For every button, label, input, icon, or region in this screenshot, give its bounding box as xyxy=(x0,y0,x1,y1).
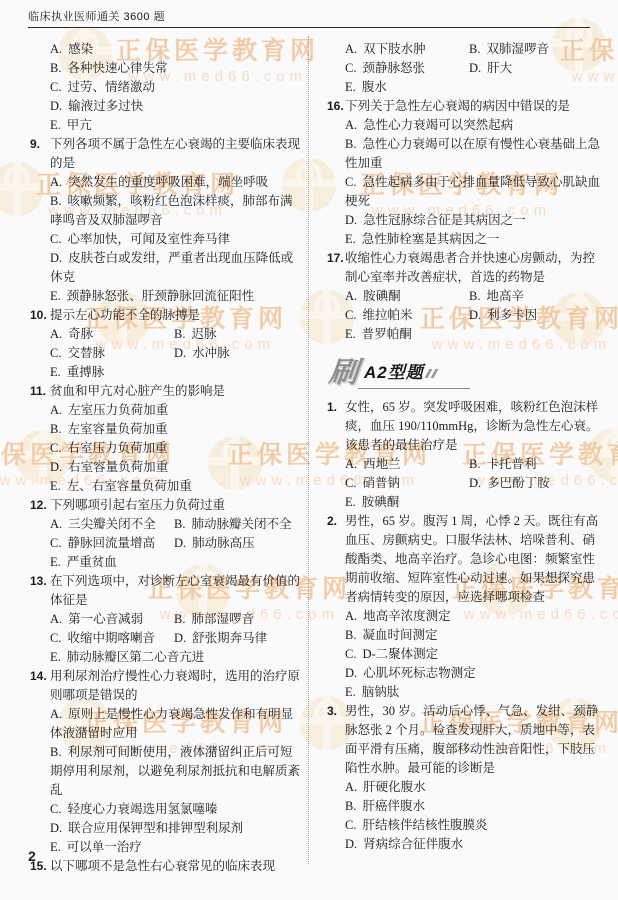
option-letter: E. xyxy=(50,840,61,854)
option-letter: B. xyxy=(50,422,61,436)
option-letter: D. xyxy=(469,308,481,322)
option-row: A.肝硬化腹水 xyxy=(327,778,601,797)
option-letter: A. xyxy=(50,327,62,341)
answer-option: C.右室压力负荷加重 xyxy=(50,439,300,458)
option-row: A.原则上是慢性心力衰竭急性发作和有明显体液潴留时应用 xyxy=(30,705,300,743)
header-rule xyxy=(28,27,590,28)
answer-option: E.颈静脉怒张、肝颈静脉回流征阳性 xyxy=(50,287,300,306)
answer-option: D.舒张期奔马律 xyxy=(174,629,300,648)
option-letter: C. xyxy=(345,476,356,490)
option-letter: E. xyxy=(345,80,356,94)
option-text: 咳嗽频繁，咳粉红色泡沫样痰，肺部布满哮鸣音及双肺湿啰音 xyxy=(50,194,292,227)
option-letter: C. xyxy=(50,232,61,246)
answer-option: C.收缩中期喀喇音 xyxy=(50,629,174,648)
option-row: B.利尿剂可间断使用，液体潴留纠正后可短期停用利尿剂，以避免利尿剂抵抗和电解质紊… xyxy=(30,743,300,800)
answer-option: D.肝大 xyxy=(469,59,601,78)
option-text: 普罗帕酮 xyxy=(362,327,412,341)
option-row: D.肾病综合征伴腹水 xyxy=(327,835,601,854)
answer-option: B.利尿剂可间断使用，液体潴留纠正后可短期停用利尿剂，以避免利尿剂抵抗和电解质紊… xyxy=(50,743,300,800)
option-text: 肝大 xyxy=(487,61,512,75)
option-row: B.左室容量负荷加重 xyxy=(30,420,300,439)
answer-option: D.右室容量负荷加重 xyxy=(50,458,300,477)
option-text: 胺碘酮 xyxy=(362,495,400,509)
question-number: 9. xyxy=(30,135,40,154)
question-text: 收缩性心力衰竭患者合并快速心房颤动，为控制心室率并改善症状，首选的药物是 xyxy=(345,249,601,287)
option-row: E.甲亢 xyxy=(30,116,300,135)
answer-option: D.急性冠脉综合征是其病因之一 xyxy=(345,211,601,230)
answer-option: A.突然发生的重度呼吸困难，端坐呼吸 xyxy=(50,173,300,192)
option-letter: A. xyxy=(345,118,357,132)
answer-option: A.奇脉 xyxy=(50,325,174,344)
option-letter: E. xyxy=(50,479,61,493)
option-text: 左室容量负荷加重 xyxy=(67,422,167,436)
option-text: 收缩中期喀喇音 xyxy=(67,631,155,645)
option-letter: A. xyxy=(50,42,62,56)
question-text: 男性，30 岁。活动后心悸、气急、发绀、颈静脉怒张 2 个月。检查发现肝大，质地… xyxy=(345,702,601,778)
option-letter: B. xyxy=(50,194,61,208)
logo-cross-vertical xyxy=(305,158,313,212)
question-text: 提示左心功能不全的脉搏是 xyxy=(50,306,300,325)
option-letter: A. xyxy=(345,780,357,794)
option-text: 右室容量负荷加重 xyxy=(68,460,168,474)
option-row: C.轻度心力衰竭选用氢氯噻嗪 xyxy=(30,800,300,819)
option-letter: E. xyxy=(345,232,356,246)
question-text: 以下哪项不是急性右心衰常见的临床表现 xyxy=(50,857,300,876)
option-letter: B. xyxy=(174,327,185,341)
question-number: 1. xyxy=(327,398,337,417)
question-row: 1.女性，65 岁。突发呼吸困难，咳粉红色泡沫样痰，血压 190/110mmHg… xyxy=(327,398,601,455)
option-row: B.急性心力衰竭可以在原有慢性心衰基础上急性加重 xyxy=(327,135,601,173)
option-letter: B. xyxy=(469,457,480,471)
option-text: 急性起病多由于心排血量降低导致心肌缺血梗死 xyxy=(345,175,600,208)
answer-option: B.左室容量负荷加重 xyxy=(50,420,300,439)
brush-glyph: 刷 xyxy=(327,357,359,389)
option-letter: D. xyxy=(345,213,357,227)
option-row: E.左、右室容量负荷加重 xyxy=(30,477,300,496)
answer-option: B.地高辛 xyxy=(469,287,601,306)
option-row: E.脑钠肽 xyxy=(327,683,601,702)
answer-option: D.联合应用保钾型和排钾型利尿剂 xyxy=(50,819,300,838)
answer-option: E.可以单一治疗 xyxy=(50,838,300,857)
answer-option: E.脑钠肽 xyxy=(345,683,601,702)
option-row: B.咳嗽频繁，咳粉红色泡沫样痰，肺部布满哮鸣音及双肺湿啰音 xyxy=(30,192,300,230)
option-text: 联合应用保钾型和排钾型利尿剂 xyxy=(68,821,243,835)
option-text: 可以单一治疗 xyxy=(67,840,142,854)
logo-cross-vertical xyxy=(13,162,21,216)
answer-option: C.交替脉 xyxy=(50,344,174,363)
option-letter: E. xyxy=(345,327,356,341)
option-text: 重搏脉 xyxy=(67,365,105,379)
answer-option: C.硝普钠 xyxy=(345,474,469,493)
answer-option: E.严重贫血 xyxy=(50,553,300,572)
option-letter: A. xyxy=(50,175,62,189)
option-letter: C. xyxy=(345,647,356,661)
option-row: B.各种快速心律失常 xyxy=(30,59,300,78)
option-letter: D. xyxy=(469,476,481,490)
question-row: 3.男性，30 岁。活动后心悸、气急、发绀、颈静脉怒张 2 个月。检查发现肝大，… xyxy=(327,702,601,778)
answer-option: A.西地兰 xyxy=(345,455,469,474)
option-letter: C. xyxy=(50,80,61,94)
question-row: 10.提示左心功能不全的脉搏是 xyxy=(30,306,300,325)
option-text: 输液过多过快 xyxy=(68,99,143,113)
answer-option: B.各种快速心律失常 xyxy=(50,59,300,78)
answer-option: C.肝结核伴结核性腹膜炎 xyxy=(345,816,601,835)
option-row: C.过劳、情绪激动 xyxy=(30,78,300,97)
option-text: 双肺湿啰音 xyxy=(486,42,549,56)
answer-option: B.肺动脉瓣关闭不全 xyxy=(174,515,300,534)
answer-option: D.水冲脉 xyxy=(174,344,300,363)
option-text: 心肌坏死标志物测定 xyxy=(363,666,476,680)
answer-option: E.肺动脉瓣区第二心音亢进 xyxy=(50,648,300,667)
left-column: A.感染B.各种快速心律失常C.过劳、情绪激动D.输液过多过快E.甲亢9.下列各… xyxy=(30,40,300,876)
question-row: 2.男性，65 岁。腹泻 1 周，心悸 2 天。既往有高血压、房颤病史。口服华法… xyxy=(327,512,601,607)
question-text: 下列关于急性左心衰竭的病因中错误的是 xyxy=(345,97,601,116)
option-text: 交替脉 xyxy=(67,346,105,360)
option-letter: B. xyxy=(174,517,185,531)
answer-option: A.左室压力负荷加重 xyxy=(50,401,300,420)
answer-option: E.腹水 xyxy=(345,78,601,97)
option-row: C.硝普钠D.多巴酚丁胺 xyxy=(327,474,601,493)
option-row: E.急性肺栓塞是其病因之一 xyxy=(327,230,601,249)
question-number: 16. xyxy=(327,97,344,116)
answer-option: A.三尖瓣关闭不全 xyxy=(50,515,174,534)
option-row: C.急性起病多由于心排血量降低导致心肌缺血梗死 xyxy=(327,173,601,211)
option-letter: B. xyxy=(345,137,356,151)
option-text: 肝结核伴结核性腹膜炎 xyxy=(362,818,487,832)
option-text: 严重贫血 xyxy=(67,555,117,569)
page-header-title: 临床执业医师通关 3600 题 xyxy=(28,8,165,24)
option-text: 静脉回流量增高 xyxy=(67,536,155,550)
question-row: 12.下列哪项引起右室压力负荷过重 xyxy=(30,496,300,515)
option-letter: C. xyxy=(345,175,356,189)
option-row: A.急性心力衰竭可以突然起病 xyxy=(327,116,601,135)
option-row: A.感染 xyxy=(30,40,300,59)
logo-ring xyxy=(602,432,618,458)
option-row: C.右室压力负荷加重 xyxy=(30,439,300,458)
question-text: 贫血和甲亢对心脏产生的影响是 xyxy=(50,382,300,401)
option-letter: A. xyxy=(345,457,357,471)
option-text: 双下肢水肿 xyxy=(363,42,426,56)
option-text: 水冲脉 xyxy=(192,346,230,360)
option-text: 各种快速心律失常 xyxy=(67,61,167,75)
option-letter: B. xyxy=(345,628,356,642)
option-letter: C. xyxy=(50,631,61,645)
right-column: A.双下肢水肿B.双肺湿啰音C.颈静脉怒张D.肝大E.腹水16.下列关于急性左心… xyxy=(327,40,601,854)
question-text: 男性，65 岁。腹泻 1 周，心悸 2 天。既往有高血压、房颤病史。口服华法林、… xyxy=(345,512,601,607)
option-text: 多巴酚丁胺 xyxy=(487,476,550,490)
question-text: 下列各项不属于急性左心衰竭的主要临床表现的是 xyxy=(50,135,300,173)
section-header-a2: 刷A2型题 xyxy=(327,357,601,391)
question-row: 9.下列各项不属于急性左心衰竭的主要临床表现的是 xyxy=(30,135,300,173)
option-text: 地高辛浓度测定 xyxy=(363,609,451,623)
answer-option: D.多巴酚丁胺 xyxy=(469,474,601,493)
question-text: 在下列选项中，对诊断左心室衰竭最有价值的体征是 xyxy=(50,572,300,610)
question-row: 17.收缩性心力衰竭患者合并快速心房颤动，为控制心室率并改善症状，首选的药物是 xyxy=(327,249,601,287)
option-text: 奇脉 xyxy=(68,327,93,341)
answer-option: B.凝血时间测定 xyxy=(345,626,601,645)
option-text: 凝血时间测定 xyxy=(362,628,437,642)
option-letter: A. xyxy=(345,289,357,303)
option-row: E.腹水 xyxy=(327,78,601,97)
option-text: 皮肤苍白或发绀，严重者出现血压降低或休克 xyxy=(50,251,293,284)
answer-option: C.心率加快，可闻及室性奔马律 xyxy=(50,230,300,249)
question-number: 14. xyxy=(30,667,47,686)
answer-option: B.双肺湿啰音 xyxy=(469,40,601,59)
option-text: 颈静脉怒张、肝颈静脉回流征阳性 xyxy=(67,289,255,303)
option-text: 三尖瓣关闭不全 xyxy=(68,517,156,531)
question-row: 16.下列关于急性左心衰竭的病因中错误的是 xyxy=(327,97,601,116)
option-row: A.奇脉B.迟脉 xyxy=(30,325,300,344)
option-text: 急性心力衰竭可以在原有慢性心衰基础上急性加重 xyxy=(345,137,600,170)
option-letter: B. xyxy=(50,745,61,759)
answer-option: D.肾病综合征伴腹水 xyxy=(345,835,601,854)
option-text: 原则上是慢性心力衰竭急性发作和有明显体液潴留时应用 xyxy=(50,707,293,740)
answer-option: A.胺碘酮 xyxy=(345,287,469,306)
option-row: E.严重贫血 xyxy=(30,553,300,572)
option-letter: C. xyxy=(50,441,61,455)
option-text: 急性肺栓塞是其病因之一 xyxy=(362,232,500,246)
option-row: D.急性冠脉综合征是其病因之一 xyxy=(327,211,601,230)
answer-option: C.维拉帕米 xyxy=(345,306,469,325)
option-letter: A. xyxy=(50,517,62,531)
exam-page: 正保医学教育网www.med66.com正保医学教育网www.med66.com… xyxy=(0,0,618,900)
option-text: 卡托普利 xyxy=(486,457,536,471)
option-row: A.胺碘酮B.地高辛 xyxy=(327,287,601,306)
answer-option: E.左、右室容量负荷加重 xyxy=(50,477,300,496)
option-row: D.联合应用保钾型和排钾型利尿剂 xyxy=(30,819,300,838)
answer-option: B.肺部湿啰音 xyxy=(174,610,300,629)
option-letter: B. xyxy=(469,42,480,56)
answer-option: A.双下肢水肿 xyxy=(345,40,469,59)
option-row: E.重搏脉 xyxy=(30,363,300,382)
answer-option: A.急性心力衰竭可以突然起病 xyxy=(345,116,601,135)
option-letter: D. xyxy=(174,346,186,360)
option-row: E.可以单一治疗 xyxy=(30,838,300,857)
section-title-underline: A2型题 xyxy=(358,360,470,389)
answer-option: E.普罗帕酮 xyxy=(345,325,601,344)
logo-ring xyxy=(4,166,30,192)
answer-option: A.肝硬化腹水 xyxy=(345,778,601,797)
answer-option: E.胺碘酮 xyxy=(345,493,601,512)
option-letter: D. xyxy=(174,536,186,550)
option-text: 急性冠脉综合征是其病因之一 xyxy=(363,213,526,227)
option-letter: E. xyxy=(345,495,356,509)
option-row: C.收缩中期喀喇音D.舒张期奔马律 xyxy=(30,629,300,648)
option-row: C.D-二聚体测定 xyxy=(327,645,601,664)
option-letter: C. xyxy=(345,308,356,322)
option-text: 左室压力负荷加重 xyxy=(68,403,168,417)
option-text: 腹水 xyxy=(362,80,387,94)
answer-option: A.地高辛浓度测定 xyxy=(345,607,601,626)
option-text: 脑钠肽 xyxy=(362,685,400,699)
answer-option: E.急性肺栓塞是其病因之一 xyxy=(345,230,601,249)
option-text: 颈静脉怒张 xyxy=(362,61,425,75)
option-letter: A. xyxy=(50,403,62,417)
answer-option: C.轻度心力衰竭选用氢氯噻嗪 xyxy=(50,800,300,819)
option-row: C.维拉帕米D.利多卡因 xyxy=(327,306,601,325)
option-text: 利尿剂可间断使用，液体潴留纠正后可短期停用利尿剂，以避免利尿剂抵抗和电解质紊乱 xyxy=(50,745,300,797)
option-text: 维拉帕米 xyxy=(362,308,412,322)
option-row: B.凝血时间测定 xyxy=(327,626,601,645)
option-letter: C. xyxy=(345,818,356,832)
option-letter: B. xyxy=(174,612,185,626)
option-text: 迟脉 xyxy=(191,327,216,341)
option-row: E.胺碘酮 xyxy=(327,493,601,512)
option-row: D.右室容量负荷加重 xyxy=(30,458,300,477)
option-letter: D. xyxy=(345,837,357,851)
question-text: 下列哪项引起右室压力负荷过重 xyxy=(50,496,300,515)
option-text: 肝癌伴腹水 xyxy=(362,799,425,813)
option-text: 第一心音减弱 xyxy=(68,612,143,626)
option-letter: C. xyxy=(50,802,61,816)
option-row: C.心率加快，可闻及室性奔马律 xyxy=(30,230,300,249)
answer-option: B.迟脉 xyxy=(174,325,300,344)
answer-option: A.原则上是慢性心力衰竭急性发作和有明显体液潴留时应用 xyxy=(50,705,300,743)
answer-option: C.D-二聚体测定 xyxy=(345,645,601,664)
option-text: 肺动脉瓣关闭不全 xyxy=(191,517,291,531)
option-letter: D. xyxy=(345,666,357,680)
question-row: 15.以下哪项不是急性右心衰常见的临床表现 xyxy=(30,857,300,876)
option-letter: D. xyxy=(50,821,62,835)
option-letter: D. xyxy=(50,251,62,265)
option-letter: A. xyxy=(345,42,357,56)
answer-option: E.重搏脉 xyxy=(50,363,300,382)
option-letter: E. xyxy=(50,365,61,379)
option-row: B.肝癌伴腹水 xyxy=(327,797,601,816)
option-text: 甲亢 xyxy=(67,118,92,132)
option-text: 轻度心力衰竭选用氢氯噻嗪 xyxy=(67,802,217,816)
answer-option: A.第一心音减弱 xyxy=(50,610,174,629)
option-text: 右室压力负荷加重 xyxy=(67,441,167,455)
option-text: 肺动脉瓣区第二心音亢进 xyxy=(67,650,205,664)
option-text: 利多卡因 xyxy=(487,308,537,322)
option-row: C.颈静脉怒张D.肝大 xyxy=(327,59,601,78)
question-number: 11. xyxy=(30,382,46,401)
question-number: 10. xyxy=(30,306,47,325)
question-text: 用利尿剂治疗慢性心力衰竭时，选用的治疗原则哪项是错误的 xyxy=(50,667,300,705)
option-text: 西地兰 xyxy=(363,457,401,471)
option-letter: A. xyxy=(50,612,62,626)
option-row: A.第一心音减弱B.肺部湿啰音 xyxy=(30,610,300,629)
option-text: 急性心力衰竭可以突然起病 xyxy=(363,118,513,132)
section-title: A2型题 xyxy=(364,363,424,382)
answer-option: D.皮肤苍白或发绀，严重者出现血压降低或休克 xyxy=(50,249,300,287)
answer-option: C.静脉回流量增高 xyxy=(50,534,174,553)
option-text: 肾病综合征伴腹水 xyxy=(363,837,463,851)
question-row: 14.用利尿剂治疗慢性心力衰竭时，选用的治疗原则哪项是错误的 xyxy=(30,667,300,705)
option-text: 左、右室容量负荷加重 xyxy=(67,479,192,493)
option-row: A.三尖瓣关闭不全B.肺动脉瓣关闭不全 xyxy=(30,515,300,534)
option-letter: B. xyxy=(469,289,480,303)
option-letter: D. xyxy=(469,61,481,75)
answer-option: B.卡托普利 xyxy=(469,455,601,474)
question-number: 12. xyxy=(30,496,47,515)
page-number: 2 xyxy=(28,848,36,864)
answer-option: C.急性起病多由于心排血量降低导致心肌缺血梗死 xyxy=(345,173,601,211)
option-letter: A. xyxy=(345,609,357,623)
logo-cross-vertical xyxy=(611,428,618,482)
option-letter: B. xyxy=(50,61,61,75)
option-letter: E. xyxy=(50,118,61,132)
option-letter: D. xyxy=(50,460,62,474)
question-text: 女性，65 岁。突发呼吸困难，咳粉红色泡沫样痰，血压 190/110mmHg，诊… xyxy=(345,398,601,455)
option-text: 胺碘酮 xyxy=(363,289,401,303)
answer-option: C.过劳、情绪激动 xyxy=(50,78,300,97)
question-row: 11.贫血和甲亢对心脏产生的影响是 xyxy=(30,382,300,401)
answer-option: E.甲亢 xyxy=(50,116,300,135)
option-text: 过劳、情绪激动 xyxy=(67,80,155,94)
question-number: 17. xyxy=(327,249,344,268)
option-row: C.肝结核伴结核性腹膜炎 xyxy=(327,816,601,835)
option-letter: E. xyxy=(345,685,356,699)
option-letter: C. xyxy=(50,346,61,360)
column-divider xyxy=(308,36,309,864)
option-row: D.皮肤苍白或发绀，严重者出现血压降低或休克 xyxy=(30,249,300,287)
answer-option: B.肝癌伴腹水 xyxy=(345,797,601,816)
option-row: A.西地兰B.卡托普利 xyxy=(327,455,601,474)
option-text: D-二聚体测定 xyxy=(362,647,438,661)
option-row: A.地高辛浓度测定 xyxy=(327,607,601,626)
question-number: 3. xyxy=(327,702,337,721)
answer-option: D.输液过多过快 xyxy=(50,97,300,116)
option-letter: D. xyxy=(50,99,62,113)
option-row: E.普罗帕酮 xyxy=(327,325,601,344)
option-letter: E. xyxy=(50,289,61,303)
option-row: D.输液过多过快 xyxy=(30,97,300,116)
option-row: A.双下肢水肿B.双肺湿啰音 xyxy=(327,40,601,59)
option-text: 地高辛 xyxy=(486,289,524,303)
option-row: A.突然发生的重度呼吸困难，端坐呼吸 xyxy=(30,173,300,192)
option-row: E.肺动脉瓣区第二心音亢进 xyxy=(30,648,300,667)
answer-option: D.肺动脉高压 xyxy=(174,534,300,553)
option-letter: C. xyxy=(50,536,61,550)
option-row: E.颈静脉怒张、肝颈静脉回流征阳性 xyxy=(30,287,300,306)
option-row: C.交替脉D.水冲脉 xyxy=(30,344,300,363)
answer-option: A.感染 xyxy=(50,40,300,59)
option-text: 心率加快，可闻及室性奔马律 xyxy=(67,232,230,246)
answer-option: C.颈静脉怒张 xyxy=(345,59,469,78)
answer-option: D.心肌坏死标志物测定 xyxy=(345,664,601,683)
option-letter: B. xyxy=(345,799,356,813)
option-text: 肺动脉高压 xyxy=(192,536,255,550)
option-text: 肺部湿啰音 xyxy=(191,612,254,626)
option-text: 肝硬化腹水 xyxy=(363,780,426,794)
option-letter: E. xyxy=(50,555,61,569)
option-letter: E. xyxy=(50,650,61,664)
question-number: 13. xyxy=(30,572,47,591)
option-text: 感染 xyxy=(68,42,93,56)
option-letter: D. xyxy=(174,631,186,645)
option-row: C.静脉回流量增高D.肺动脉高压 xyxy=(30,534,300,553)
question-row: 13.在下列选项中，对诊断左心室衰竭最有价值的体征是 xyxy=(30,572,300,610)
option-text: 舒张期奔马律 xyxy=(192,631,267,645)
option-text: 突然发生的重度呼吸困难，端坐呼吸 xyxy=(68,175,268,189)
answer-option: B.急性心力衰竭可以在原有慢性心衰基础上急性加重 xyxy=(345,135,601,173)
option-letter: C. xyxy=(345,61,356,75)
answer-option: D.利多卡因 xyxy=(469,306,601,325)
question-number: 2. xyxy=(327,512,337,531)
option-text: 硝普钠 xyxy=(362,476,400,490)
option-row: D.心肌坏死标志物测定 xyxy=(327,664,601,683)
option-row: A.左室压力负荷加重 xyxy=(30,401,300,420)
answer-option: B.咳嗽频繁，咳粉红色泡沫样痰，肺部布满哮鸣音及双肺湿啰音 xyxy=(50,192,300,230)
option-letter: A. xyxy=(50,707,62,721)
